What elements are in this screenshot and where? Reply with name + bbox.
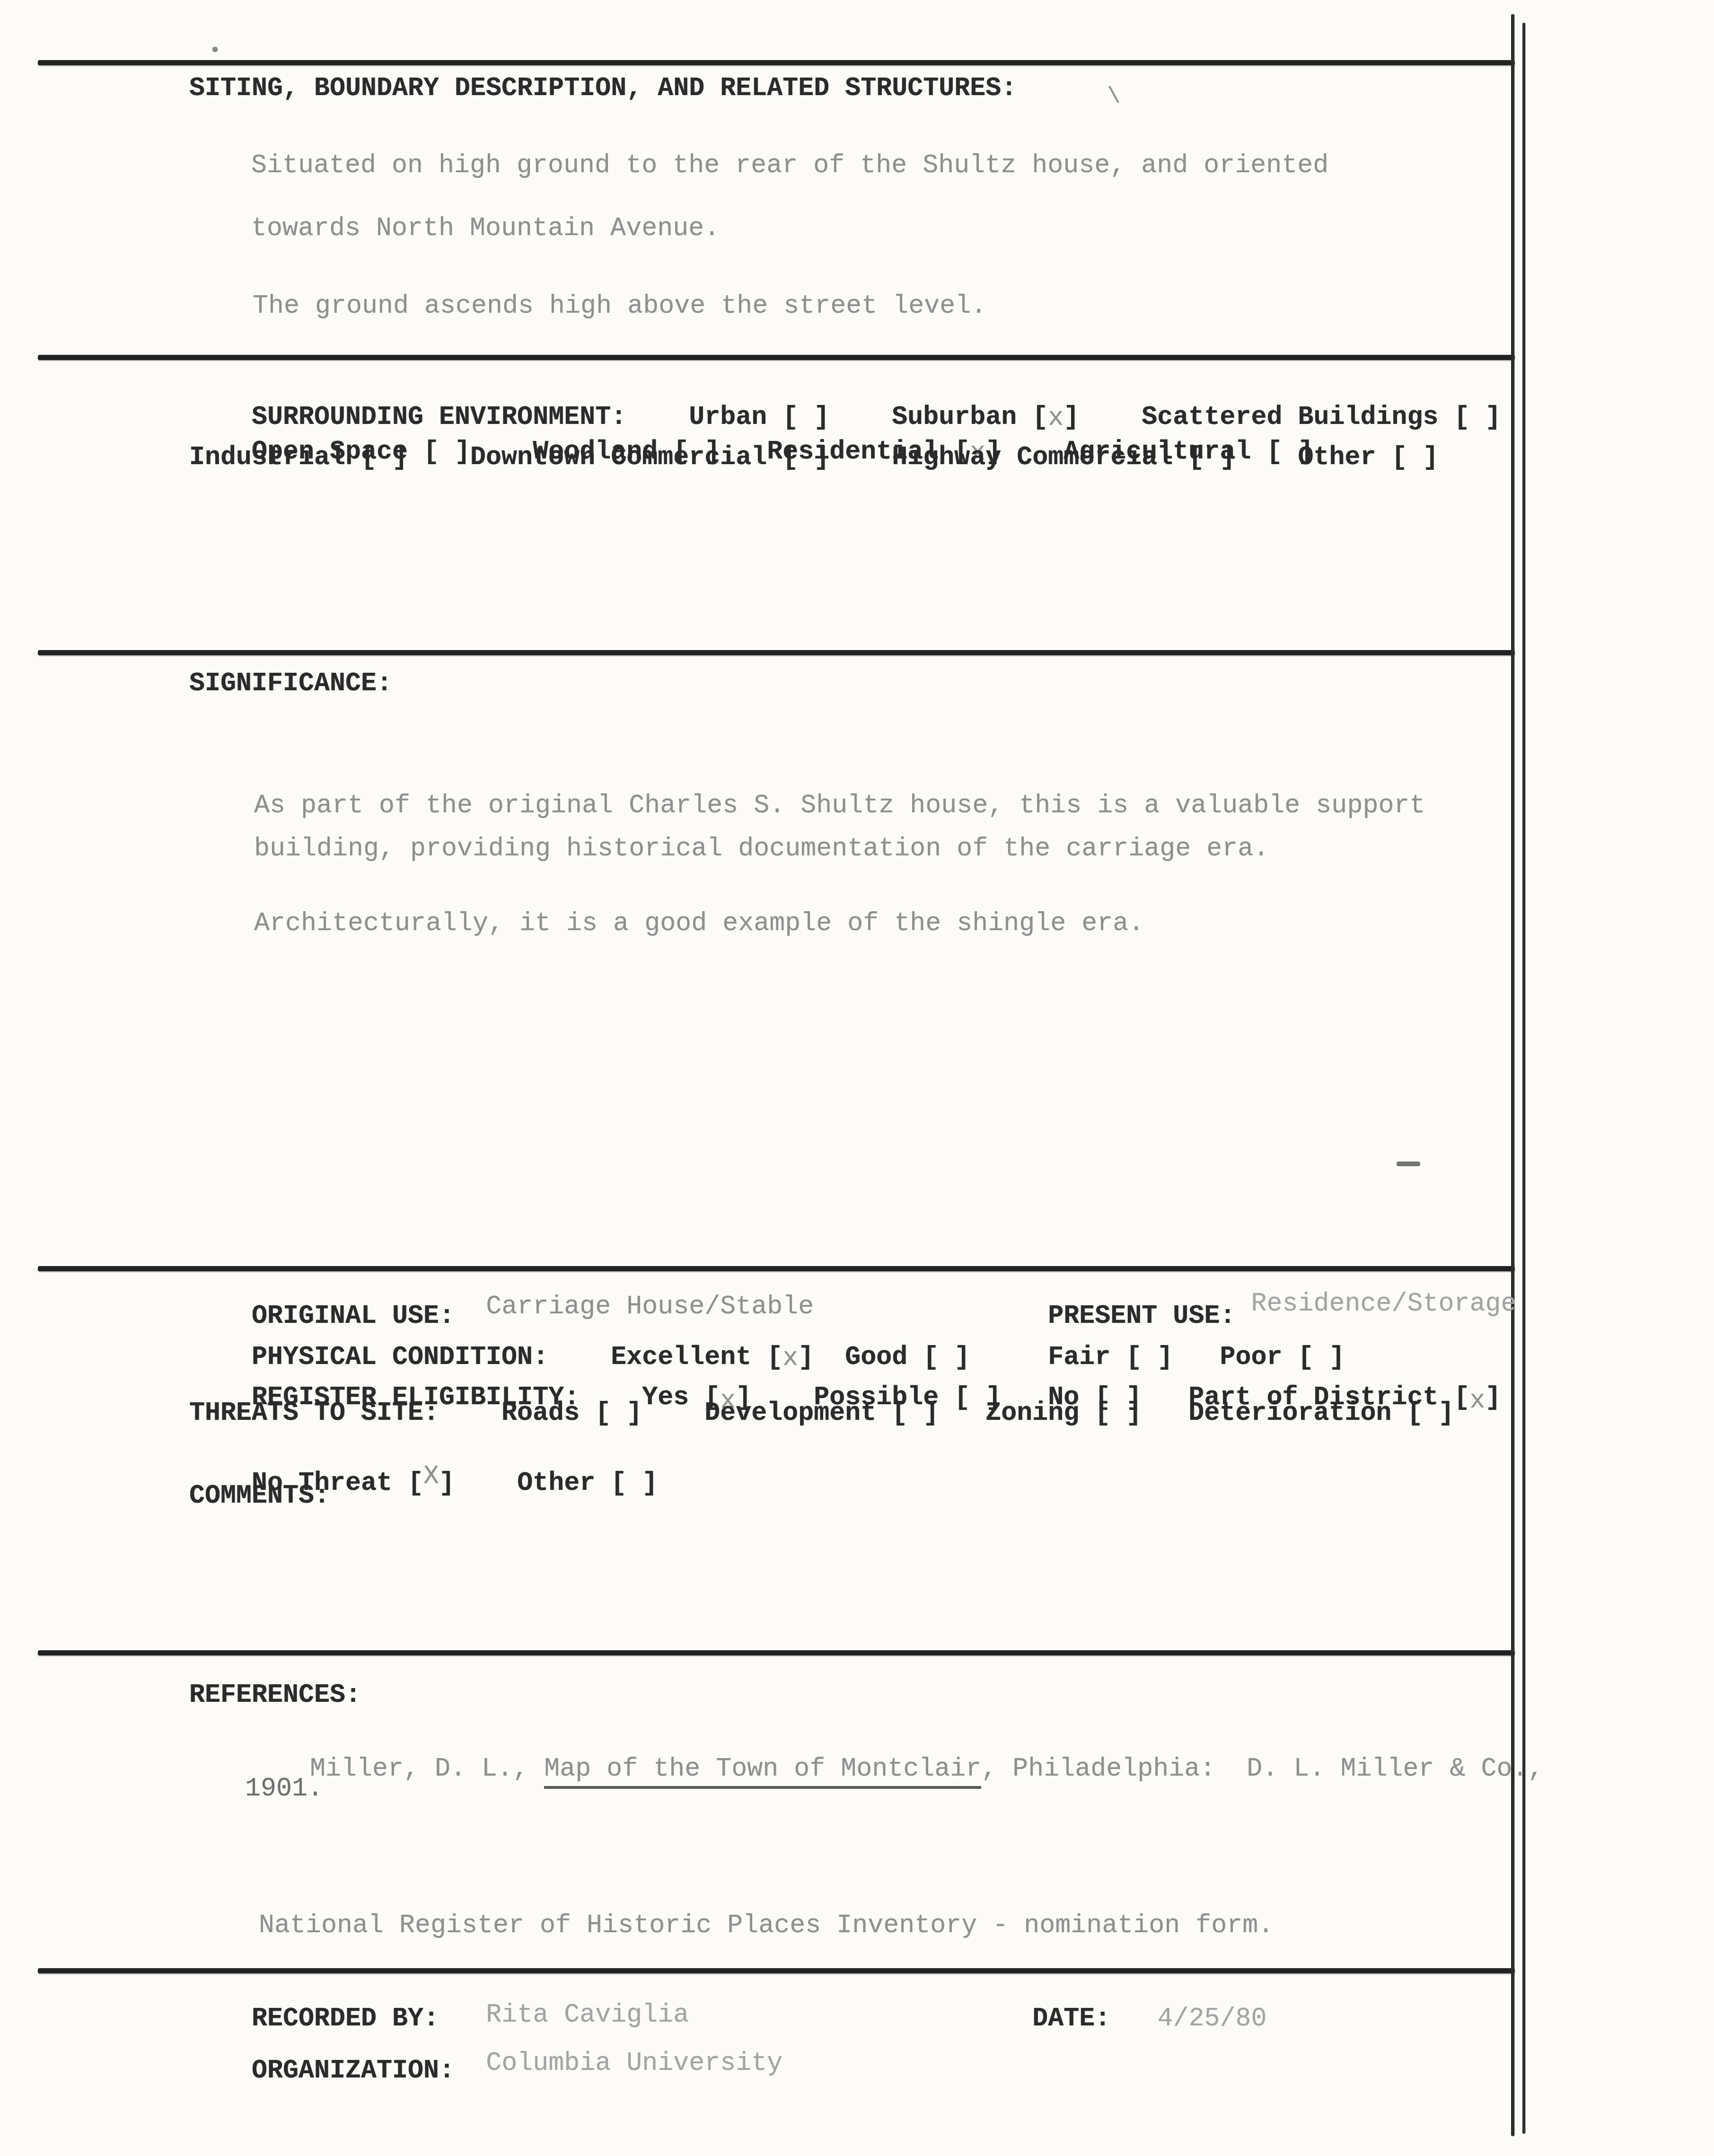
present-use-value: Residence/Storage	[1251, 1289, 1516, 1319]
organization-label: ORGANIZATION:	[252, 2056, 486, 2086]
date-value: 4/25/80	[1157, 2004, 1266, 2033]
significance-text-line-3: Architecturally, it is a good example of…	[254, 909, 1144, 938]
checkbox-mark-no-threat: X	[423, 1461, 439, 1491]
siting-text-line-1: Situated on high ground to the rear of t…	[251, 151, 1328, 180]
significance-section-heading: SIGNIFICANCE:	[189, 669, 392, 698]
reference-publisher: , Philadelphia: D. L. Miller & Co.,	[981, 1754, 1543, 1784]
references-section-heading: REFERENCES:	[189, 1681, 361, 1709]
divider-line-4	[38, 1266, 1515, 1271]
threats-to-site-row: THREATS TO SITE: Roads [ ] Development […	[189, 1399, 1454, 1427]
reference-citation-line: Miller, D. L., Map of the Town of Montcl…	[247, 1726, 1543, 1812]
stray-dash-mark	[1397, 1162, 1420, 1166]
stray-slash-mark: \	[1107, 83, 1121, 111]
significance-text-line-2: building, providing historical documenta…	[254, 835, 1269, 863]
siting-text-line-3: The ground ascends high above the street…	[253, 292, 986, 320]
organization-value: Columbia University	[486, 2048, 782, 2078]
reference-author: Miller, D. L.,	[310, 1754, 544, 1784]
page-edge-line-outer	[1522, 23, 1525, 2134]
recorded-by-value: Rita Caviglia	[486, 2000, 689, 2030]
reference-national-register: National Register of Historic Places Inv…	[259, 1911, 1274, 1940]
organization-row: ORGANIZATION: Columbia University	[189, 2028, 782, 2113]
divider-line-3	[38, 650, 1515, 655]
divider-line-5	[38, 1650, 1515, 1655]
siting-section-heading: SITING, BOUNDARY DESCRIPTION, AND RELATE…	[189, 74, 1017, 103]
significance-text-line-1: As part of the original Charles S. Shult…	[254, 792, 1425, 820]
comments-label: COMMENTS:	[189, 1482, 330, 1510]
no-threat-rest: ] Other [ ]	[439, 1468, 658, 1498]
checkbox-mark-part-of-district: x	[1469, 1386, 1485, 1416]
page-edge-line-inner	[1511, 14, 1514, 2136]
divider-line-6	[38, 1968, 1515, 1973]
reference-year: 1901.	[245, 1775, 323, 1803]
siting-text-line-2: towards North Mountain Avenue.	[251, 214, 720, 243]
scanned-survey-form-page: SITING, BOUNDARY DESCRIPTION, AND RELATE…	[0, 0, 1714, 2156]
divider-line-1	[38, 60, 1515, 65]
divider-line-2	[38, 355, 1515, 360]
scan-speck	[212, 47, 218, 52]
reference-title-underlined: Map of the Town of Montclair	[544, 1754, 981, 1789]
environment-row-3: Industrial [ ] Downtown Commercial [ ] H…	[189, 443, 1438, 472]
register-eligibility-end: ]	[1485, 1382, 1501, 1412]
